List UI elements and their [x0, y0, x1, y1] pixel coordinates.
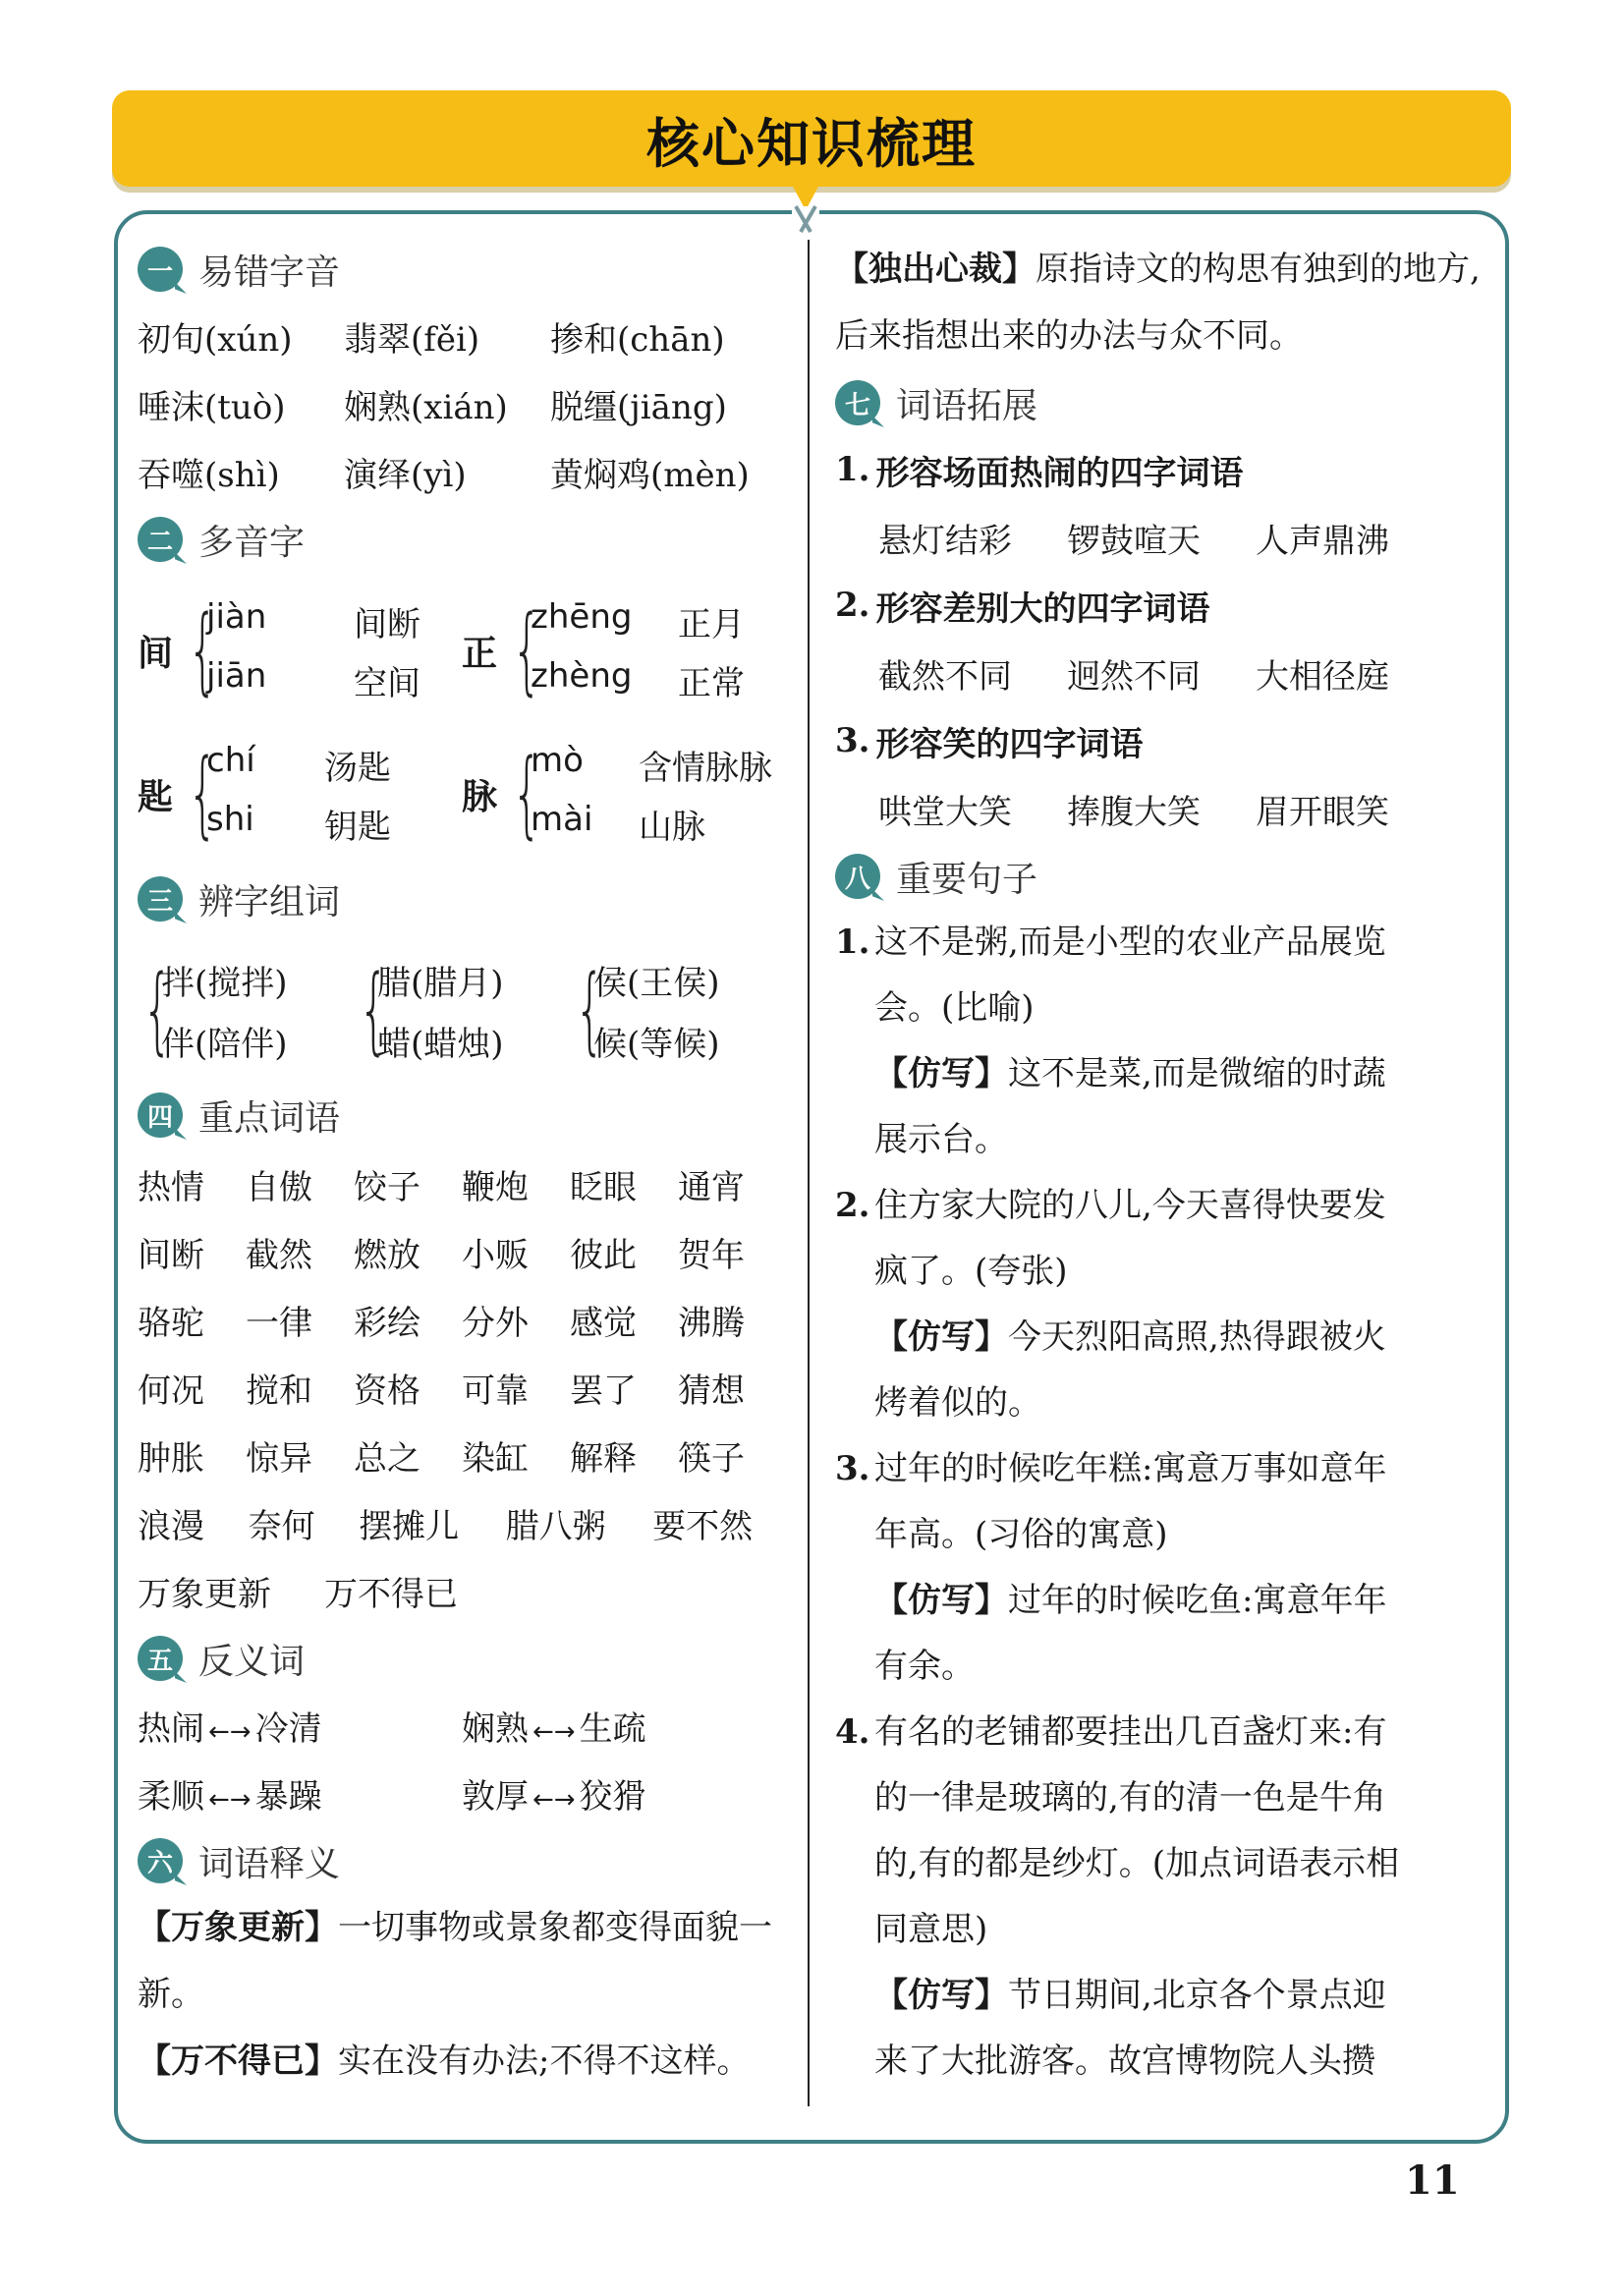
word: 猜想 [678, 1364, 786, 1412]
imitation-label: 【仿写】 [874, 1581, 1008, 1620]
word: 热情 [138, 1160, 246, 1208]
word: 腊八粥 [506, 1499, 652, 1547]
words-row: 热情自傲饺子鞭炮眨眼通宵 [138, 1150, 786, 1218]
word: 筷子 [678, 1431, 786, 1480]
word-extension-group: 3.形容笑的四字词语 哄堂大笑捧腹大笑眉开眼笑 [835, 707, 1493, 843]
page-number: 11 [1405, 2157, 1460, 2204]
word: 小贩 [462, 1228, 570, 1276]
pinyin-item: 吞噬(shì) [138, 448, 344, 496]
word: 惊异 [246, 1431, 354, 1480]
word: 万象更新 [138, 1567, 324, 1615]
section-number-icon: 六 [138, 1838, 183, 1883]
word: 截然 [246, 1228, 354, 1276]
definition-term: 【万不得已】 [138, 2042, 338, 2081]
word: 总之 [354, 1431, 462, 1480]
pinyin-row: 唾沫(tuò) 娴熟(xián) 脱缰(jiāng) [138, 370, 786, 438]
polyphone-item: 脉 { mò含情脉脉 mài山脉 [462, 722, 786, 866]
section-number-icon: 四 [138, 1092, 183, 1138]
title-banner: 核心知识梳理 [112, 90, 1511, 187]
sentence-line: 会。(比喻) [835, 976, 1493, 1041]
definition-term: 【独出心裁】 [835, 250, 1036, 289]
double-arrow-icon: ←→ [532, 1717, 576, 1747]
imitation-label: 【仿写】 [874, 1317, 1008, 1357]
panel-notch [792, 206, 819, 232]
word: 捧腹大笑 [1067, 785, 1256, 833]
word: 通宵 [678, 1160, 786, 1208]
left-column: 一 易错字音 初旬(xún) 翡翠(fěi) 掺和(chān) 唾沫(tuò) … [138, 236, 786, 2095]
antonym-pair: 娴熟←→生疏 [462, 1702, 786, 1750]
pinyin-row: 吞噬(shì) 演绎(yì) 黄焖鸡(mèn) [138, 438, 786, 506]
word: 贺年 [678, 1228, 786, 1276]
right-column: 【独出心裁】原指诗文的构思有独到的地方,后来指想出来的办法与众不同。 七 词语拓… [835, 236, 1493, 2095]
polyphone-item: 正 { zhēng正月 zhèng正常 [462, 579, 786, 722]
definition: 【独出心裁】原指诗文的构思有独到的地方,后来指想出来的办法与众不同。 [835, 236, 1493, 369]
double-arrow-icon: ←→ [208, 1785, 252, 1815]
word: 自傲 [246, 1160, 354, 1208]
word: 浪漫 [138, 1499, 249, 1547]
double-arrow-icon: ←→ [532, 1785, 576, 1815]
word: 解释 [570, 1431, 678, 1480]
section-number-icon: 二 [138, 517, 183, 562]
imitation-line: 展示台。 [835, 1107, 1493, 1173]
section-header: 七 词语拓展 [835, 369, 1493, 436]
words-row: 间断截然燃放小贩彼此贺年 [138, 1218, 786, 1286]
pinyin-item: 翡翠(fěi) [344, 312, 550, 361]
section-title: 重点词语 [198, 1091, 340, 1141]
word: 沸腾 [678, 1296, 786, 1344]
definition-term: 【万象更新】 [138, 1908, 338, 1947]
word: 彩绘 [354, 1296, 462, 1344]
section-header: 三 辨字组词 [138, 866, 786, 932]
antonym-pair: 热闹←→冷清 [138, 1702, 462, 1750]
imitation-label: 【仿写】 [874, 1054, 1008, 1093]
pinyin: zhēng [531, 597, 678, 645]
word: 钥匙 [324, 800, 391, 848]
sentence-item: 1.这不是粥,而是小型的农业产品展览 会。(比喻) 【仿写】这不是菜,而是微缩的… [835, 910, 1493, 1173]
pinyin-item: 掺和(chān) [550, 312, 786, 361]
brace-icon: { [188, 747, 197, 841]
word: 可靠 [462, 1364, 570, 1412]
brace-icon: { [575, 963, 585, 1057]
section-number-icon: 一 [138, 247, 183, 292]
word: 何况 [138, 1364, 246, 1412]
words-row: 万象更新万不得已 [138, 1557, 786, 1625]
sentence-item: 2.住方家大院的八儿,今天喜得快要发 疯了。(夸张) 【仿写】今天烈阳高照,热得… [835, 1173, 1493, 1436]
pinyin: mài [531, 800, 639, 848]
char-word: 候(等候) [593, 1017, 720, 1065]
group-title: 形容笑的四字词语 [876, 717, 1144, 765]
word: 眨眼 [570, 1160, 678, 1208]
word: 罢了 [570, 1364, 678, 1412]
char-word: 蜡(蜡烛) [377, 1017, 504, 1065]
sentence-line: 住方家大院的八儿,今天喜得快要发 [874, 1186, 1386, 1225]
definition-text: 实在没有办法;不得不这样。 [338, 2042, 750, 2081]
section-title: 多音字 [198, 515, 305, 565]
word: 哄堂大笑 [878, 785, 1067, 833]
word: 要不然 [652, 1499, 786, 1547]
antonym-pair: 敦厚←→狡猾 [462, 1769, 786, 1818]
word: 一律 [246, 1296, 354, 1344]
imitation-line: 有余。 [835, 1634, 1493, 1700]
pinyin-grid: 初旬(xún) 翡翠(fěi) 掺和(chān) 唾沫(tuò) 娴熟(xián… [138, 303, 786, 506]
word: 骆驼 [138, 1296, 246, 1344]
word: 摆摊儿 [359, 1499, 505, 1547]
section-header: 五 反义词 [138, 1625, 786, 1692]
polyphone-char: 间 [138, 626, 183, 676]
pinyin: shi [206, 800, 324, 848]
section-title: 词语拓展 [896, 378, 1037, 428]
polyphone-char: 正 [462, 626, 507, 676]
word: 感觉 [570, 1296, 678, 1344]
word: 分外 [462, 1296, 570, 1344]
word: 大相径庭 [1256, 649, 1444, 698]
char-distinction-list: { 拌(搅拌)伴(陪伴) { 腊(腊月)蜡(蜡烛) { 侯(王侯)候(等候) [138, 938, 786, 1082]
section-number-icon: 八 [835, 854, 880, 899]
word: 肿胀 [138, 1431, 246, 1480]
word: 山脉 [639, 800, 705, 848]
word: 人声鼎沸 [1256, 514, 1444, 562]
brace-icon: { [512, 603, 522, 698]
pinyin-item: 黄焖鸡(mèn) [550, 448, 786, 496]
section-title: 易错字音 [198, 245, 340, 295]
sentence-line: 同意思) [835, 1897, 1493, 1963]
imitation-line: 节日期间,北京各个景点迎 [1008, 1976, 1386, 2015]
page-title: 核心知识梳理 [112, 102, 1511, 178]
section-header: 八 重要句子 [835, 843, 1493, 910]
group-title: 形容差别大的四字词语 [876, 582, 1210, 630]
char-word: 侯(王侯) [593, 956, 720, 1004]
word: 迥然不同 [1067, 649, 1256, 698]
section-header: 六 词语释义 [138, 1827, 786, 1894]
imitation-line: 今天烈阳高照,热得跟被火 [1008, 1317, 1386, 1357]
brace-icon: { [512, 747, 522, 841]
section-title: 辨字组词 [198, 874, 340, 924]
double-arrow-icon: ←→ [208, 1717, 252, 1747]
word: 燃放 [354, 1228, 462, 1276]
section-title: 词语释义 [198, 1836, 340, 1886]
word: 含情脉脉 [639, 741, 772, 789]
pinyin-item: 初旬(xún) [138, 312, 344, 361]
word: 截然不同 [878, 649, 1067, 698]
antonym-row: 热闹←→冷清 娴熟←→生疏 [138, 1692, 786, 1760]
pinyin: jiàn [206, 597, 354, 645]
definition: 【万不得已】实在没有办法;不得不这样。 [138, 2028, 786, 2095]
word: 奈何 [249, 1499, 360, 1547]
char-group: { 侯(王侯)候(等候) [570, 949, 786, 1071]
word: 饺子 [354, 1160, 462, 1208]
section-title: 重要句子 [896, 852, 1037, 902]
key-words-grid: 热情自傲饺子鞭炮眨眼通宵 间断截然燃放小贩彼此贺年 骆驼一律彩绘分外感觉沸腾 何… [138, 1150, 786, 1625]
section-title: 反义词 [198, 1634, 305, 1684]
pinyin: mò [531, 741, 639, 789]
word: 锣鼓喧天 [1067, 514, 1256, 562]
word: 间断 [138, 1228, 246, 1276]
sentence-item: 3.过年的时候吃年糕:寓意万事如意年 年高。(习俗的寓意) 【仿写】过年的时候吃… [835, 1436, 1493, 1700]
word: 空间 [354, 656, 420, 704]
word: 悬灯结彩 [878, 514, 1067, 562]
char-word: 拌(搅拌) [161, 956, 288, 1004]
imitation-line: 过年的时候吃鱼:寓意年年 [1008, 1581, 1386, 1620]
word-extension-group: 2.形容差别大的四字词语 截然不同迥然不同大相径庭 [835, 572, 1493, 707]
pinyin: chí [206, 741, 324, 789]
antonym-pair: 柔顺←→暴躁 [138, 1769, 462, 1818]
word-extension-group: 1.形容场面热闹的四字词语 悬灯结彩锣鼓喧天人声鼎沸 [835, 436, 1493, 572]
antonym-list: 热闹←→冷清 娴熟←→生疏 柔顺←→暴躁 敦厚←→狡猾 [138, 1692, 786, 1827]
pinyin-item: 唾沫(tuò) [138, 380, 344, 428]
words-row: 浪漫奈何摆摊儿腊八粥要不然 [138, 1489, 786, 1557]
pinyin-item: 演绎(yì) [344, 448, 550, 496]
word: 眉开眼笑 [1256, 785, 1444, 833]
group-title: 形容场面热闹的四字词语 [876, 446, 1244, 494]
sentence-line: 的一律是玻璃的,有的清一色是牛角 [835, 1765, 1493, 1831]
word: 间断 [354, 597, 420, 645]
section-header: 一 易错字音 [138, 236, 786, 303]
column-divider [808, 240, 810, 2106]
brace-icon: { [142, 963, 152, 1057]
antonym-row: 柔顺←→暴躁 敦厚←→狡猾 [138, 1760, 786, 1827]
polyphone-item: 间 { jiàn间断 jiān空间 [138, 579, 462, 722]
word: 彼此 [570, 1228, 678, 1276]
char-group: { 腊(腊月)蜡(蜡烛) [354, 949, 570, 1071]
words-row: 骆驼一律彩绘分外感觉沸腾 [138, 1286, 786, 1354]
word: 资格 [354, 1364, 462, 1412]
section-header: 四 重点词语 [138, 1082, 786, 1148]
brace-icon: { [359, 963, 368, 1057]
words-row: 肿胀惊异总之染缸解释筷子 [138, 1422, 786, 1489]
imitation-line: 烤着似的。 [835, 1371, 1493, 1436]
char-word: 腊(腊月) [377, 956, 504, 1004]
polyphone-list: 间 { jiàn间断 jiān空间 正 { zhēng正月 zhèng正常 匙 … [138, 579, 786, 866]
word: 万不得已 [324, 1567, 511, 1615]
sentence-item: 4.有名的老铺都要挂出几百盏灯来:有 的一律是玻璃的,有的清一色是牛角 的,有的… [835, 1700, 1493, 2095]
word: 搅和 [246, 1364, 354, 1412]
sentence-line: 这不是粥,而是小型的农业产品展览 [874, 923, 1386, 962]
word: 汤匙 [324, 741, 391, 789]
word: 染缸 [462, 1431, 570, 1480]
pinyin-item: 脱缰(jiāng) [550, 380, 786, 428]
word: 鞭炮 [462, 1160, 570, 1208]
pinyin-item: 娴熟(xián) [344, 380, 550, 428]
word: 正常 [678, 656, 745, 704]
words-row: 何况搅和资格可靠罢了猜想 [138, 1354, 786, 1422]
section-number-icon: 三 [138, 876, 183, 922]
char-group: { 拌(搅拌)伴(陪伴) [138, 949, 354, 1071]
pinyin: zhèng [531, 656, 678, 704]
char-word: 伴(陪伴) [161, 1017, 288, 1065]
imitation-line: 这不是菜,而是微缩的时蔬 [1008, 1054, 1386, 1093]
imitation-line: 来了大批游客。故宫博物院人头攒 [835, 2029, 1493, 2095]
section-number-icon: 五 [138, 1636, 183, 1681]
polyphone-item: 匙 { chí汤匙 shi钥匙 [138, 722, 462, 866]
pinyin: jiān [206, 656, 354, 704]
word: 正月 [678, 597, 745, 645]
section-header: 二 多音字 [138, 506, 786, 573]
polyphone-char: 匙 [138, 769, 183, 819]
sentence-line: 疯了。(夸张) [835, 1239, 1493, 1305]
imitation-label: 【仿写】 [874, 1976, 1008, 2015]
sentence-line: 年高。(习俗的寓意) [835, 1502, 1493, 1568]
sentence-line: 有名的老铺都要挂出几百盏灯来:有 [874, 1712, 1386, 1752]
pinyin-row: 初旬(xún) 翡翠(fěi) 掺和(chān) [138, 303, 786, 370]
polyphone-char: 脉 [462, 769, 507, 819]
sentence-line: 过年的时候吃年糕:寓意万事如意年 [874, 1449, 1386, 1488]
sentence-line: 的,有的都是纱灯。(加点词语表示相 [835, 1831, 1493, 1897]
definition: 【万象更新】一切事物或景象都变得面貌一新。 [138, 1894, 786, 2028]
section-number-icon: 七 [835, 380, 880, 425]
brace-icon: { [188, 603, 197, 698]
